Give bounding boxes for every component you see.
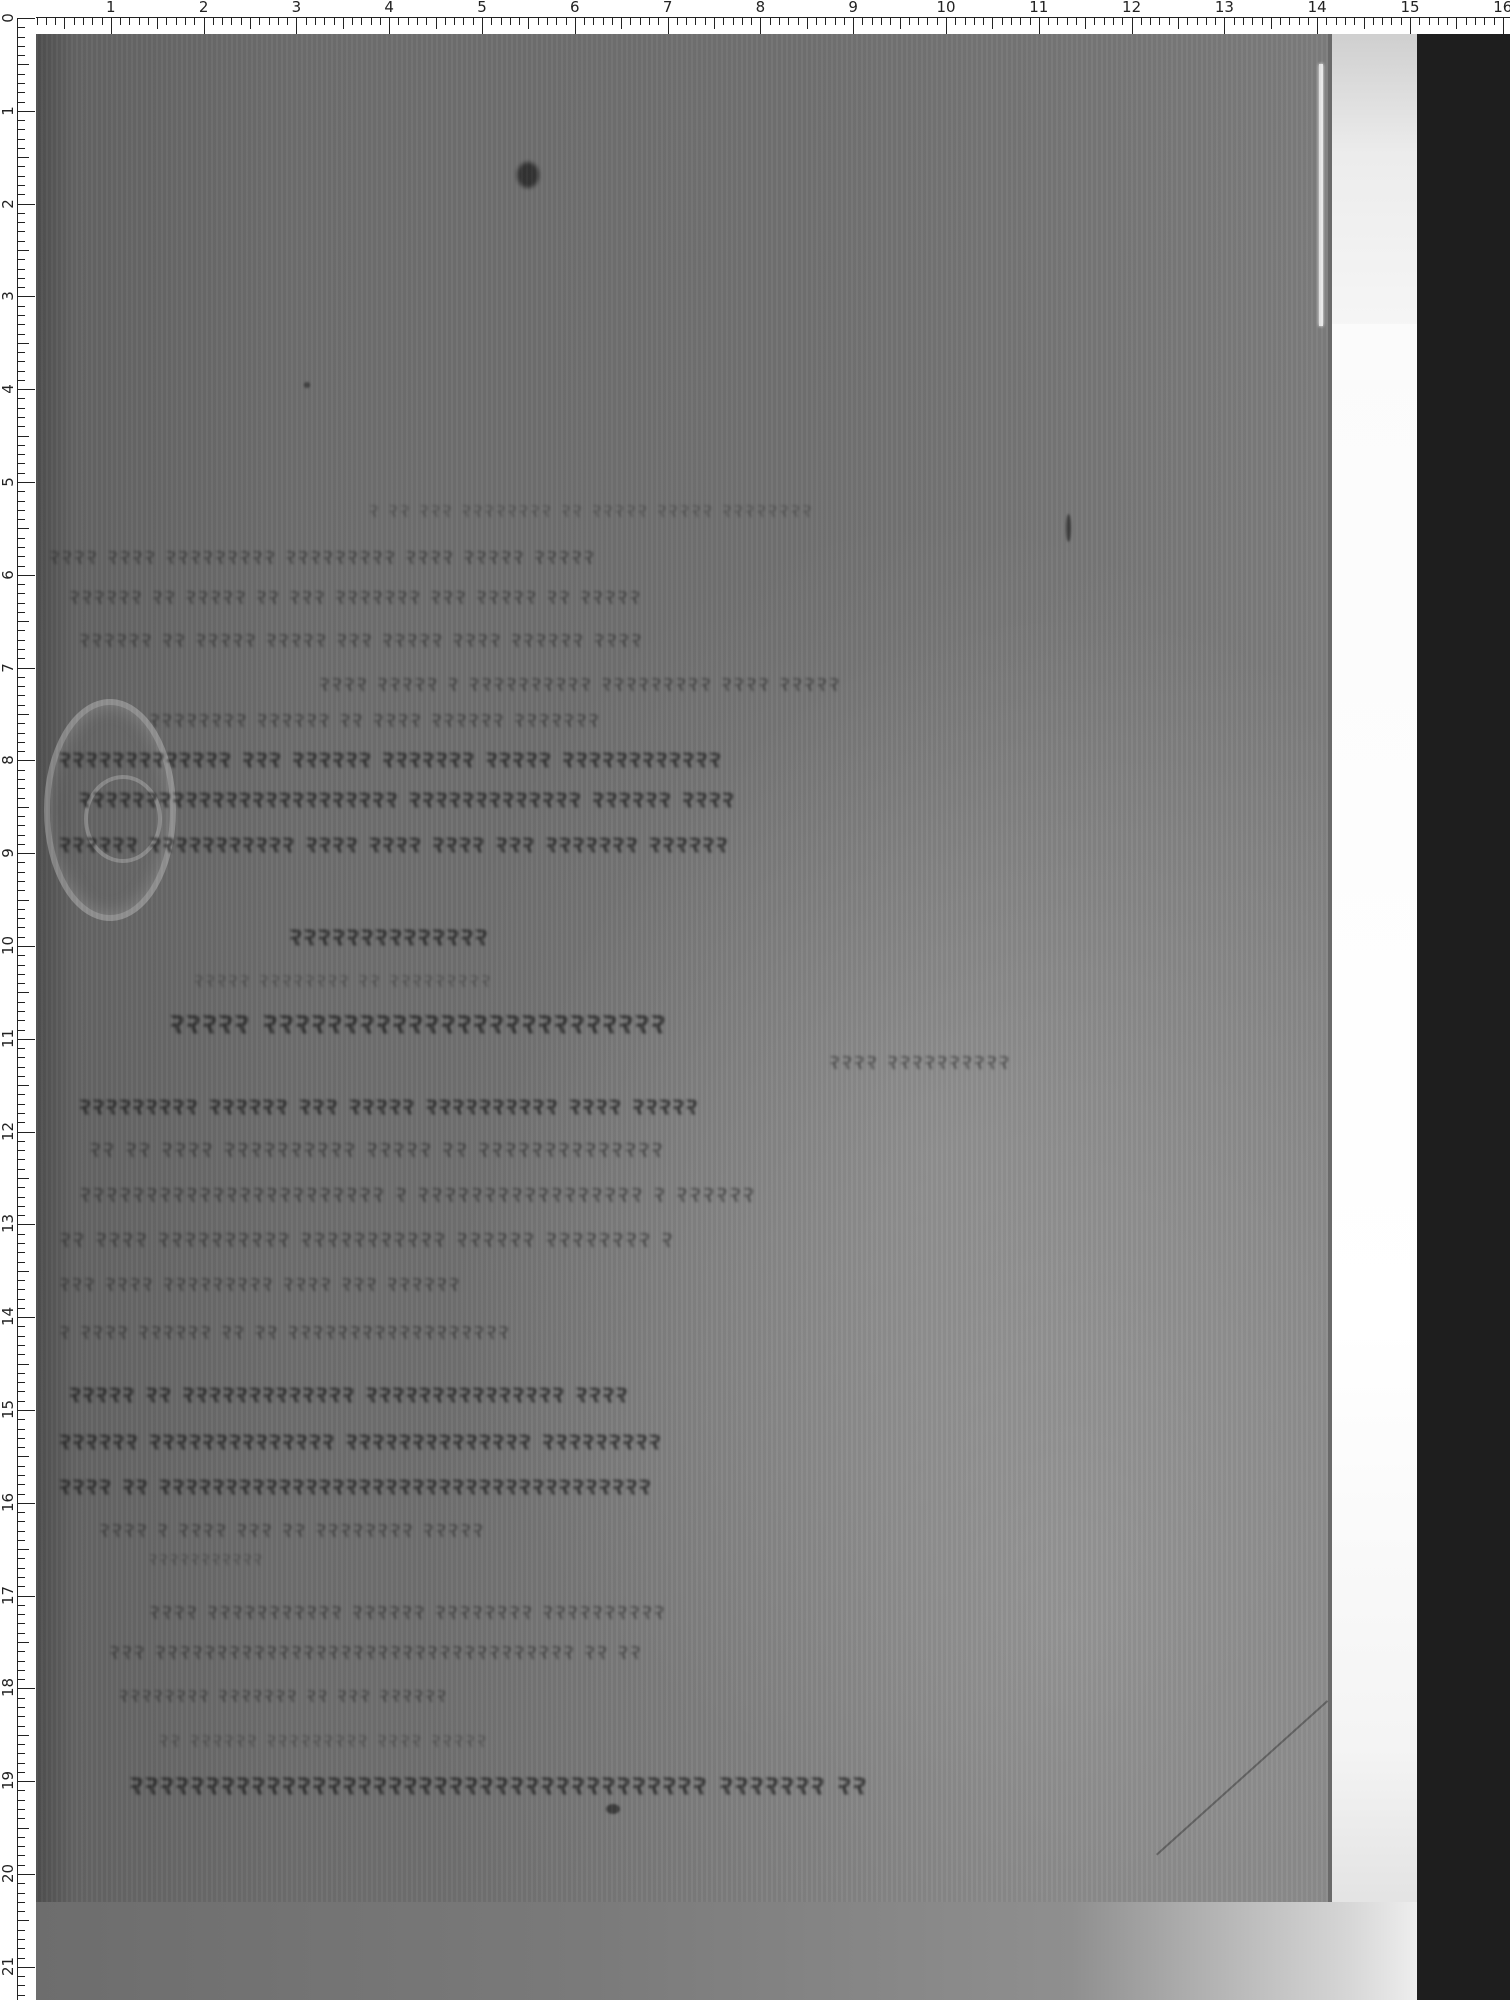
ruler-tick <box>18 1558 25 1559</box>
ruler-tick <box>231 18 232 25</box>
ruler-tick <box>18 1800 25 1801</box>
ruler-tick <box>18 1753 25 1754</box>
ruler-tick <box>18 1707 25 1708</box>
ruler-tick <box>18 1391 25 1392</box>
ruler-tick <box>18 1410 35 1411</box>
ruler-tick <box>18 1419 25 1420</box>
ruler-tick <box>955 18 956 25</box>
ruler-tick <box>18 46 25 47</box>
manuscript-line: ꝛꝛꝛꝛꝛ ꝛꝛ ꝛꝛꝛꝛꝛꝛꝛꝛꝛꝛꝛꝛꝛ ꝛꝛꝛꝛꝛꝛꝛꝛꝛꝛꝛꝛꝛꝛꝛ ꝛ… <box>66 1374 1156 1410</box>
ruler-tick <box>18 900 29 901</box>
ruler-tick <box>18 621 29 622</box>
ruler-tick <box>18 1865 25 1866</box>
ruler-tick <box>844 18 845 25</box>
ruler-label: 9 <box>848 0 858 15</box>
ruler-tick <box>1317 18 1318 34</box>
ruler-tick <box>18 1633 25 1634</box>
manuscript-line: ꝛꝛꝛ ꝛꝛꝛꝛꝛꝛꝛꝛꝛꝛꝛꝛꝛꝛꝛꝛꝛꝛꝛꝛꝛꝛꝛꝛꝛꝛꝛꝛꝛꝛꝛꝛꝛꝛ ꝛ… <box>106 1634 1206 1667</box>
ruler-tick <box>18 566 25 567</box>
ruler-label: 8 <box>0 751 16 769</box>
ruler-tick <box>1206 18 1207 25</box>
ruler-tick <box>18 1939 25 1940</box>
ruler-tick <box>380 18 381 25</box>
ruler-tick <box>1326 18 1327 25</box>
ruler-tick <box>566 18 567 25</box>
ruler-tick <box>18 231 25 232</box>
ruler-tick <box>1419 18 1420 25</box>
ruler-label: 13 <box>1215 0 1234 15</box>
ruler-tick <box>18 686 25 687</box>
ruler-tick <box>18 185 25 186</box>
ruler-tick <box>18 556 25 557</box>
ruler-tick <box>18 1122 25 1123</box>
lower-backing <box>36 1902 1417 2000</box>
ruler-tick <box>1048 18 1049 25</box>
ruler-tick <box>454 18 455 25</box>
manuscript-line: ꝛꝛꝛꝛꝛꝛꝛꝛ ꝛꝛꝛꝛꝛꝛꝛ ꝛꝛ ꝛꝛꝛ ꝛꝛꝛꝛꝛꝛ <box>116 1679 936 1709</box>
ruler-tick <box>491 18 492 25</box>
ruler-tick <box>18 760 35 761</box>
ruler-tick <box>18 742 25 743</box>
manuscript-line: ꝛꝛꝛꝛꝛꝛꝛꝛ ꝛꝛꝛꝛꝛꝛ ꝛꝛ ꝛꝛꝛꝛ ꝛꝛꝛꝛꝛꝛ ꝛꝛꝛꝛꝛꝛꝛ <box>146 702 986 735</box>
ruler-tick <box>194 18 195 25</box>
ruler-tick <box>250 18 251 29</box>
ruler-tick <box>18 1429 25 1430</box>
manuscript-line: ꝛ ꝛꝛꝛꝛ ꝛꝛꝛꝛꝛꝛ ꝛꝛ ꝛꝛ ꝛꝛꝛꝛꝛꝛꝛꝛꝛꝛꝛꝛꝛꝛꝛꝛꝛꝛ <box>56 1314 986 1347</box>
ruler-label: 2 <box>0 195 16 213</box>
ruler-tick <box>18 1688 35 1689</box>
ruler-tick <box>18 250 29 251</box>
ruler-tick <box>18 1475 25 1476</box>
ruler-label: 5 <box>0 473 16 491</box>
ruler-tick <box>436 18 437 29</box>
ruler-tick <box>18 1141 25 1142</box>
ruler-tick <box>18 380 25 381</box>
ruler-tick <box>18 1809 25 1810</box>
ruler-tick <box>18 881 25 882</box>
ruler-tick <box>389 18 390 34</box>
ruler-tick <box>18 213 25 214</box>
ruler-tick <box>18 1354 25 1355</box>
ruler-tick <box>18 779 25 780</box>
ruler-tick <box>18 1651 25 1652</box>
speck <box>1066 514 1071 542</box>
ruler-tick <box>18 1067 25 1068</box>
ruler-tick <box>18 927 25 928</box>
ruler-tick <box>18 324 25 325</box>
ruler-tick <box>1410 18 1411 34</box>
ruler-tick <box>18 166 25 167</box>
ruler-tick <box>111 18 112 34</box>
ruler-tick <box>18 102 25 103</box>
ruler-tick <box>18 454 25 455</box>
ruler-tick <box>18 139 25 140</box>
ruler-tick <box>269 18 270 25</box>
ruler-tick <box>677 18 678 25</box>
ruler-label: 12 <box>0 1123 16 1141</box>
ruler-tick <box>18 965 25 966</box>
ruler-tick <box>222 18 223 25</box>
ruler-tick <box>1484 18 1485 25</box>
ruler-tick <box>18 352 25 353</box>
ruler-tick <box>18 640 25 641</box>
ruler-tick <box>18 575 35 576</box>
ruler-tick <box>1503 18 1504 34</box>
ruler-tick <box>18 519 25 520</box>
ruler-tick <box>18 1531 25 1532</box>
ruler-tick <box>185 18 186 25</box>
ruler-tick <box>18 1039 35 1040</box>
ruler-tick <box>18 1893 25 1894</box>
ruler-tick <box>1113 18 1114 25</box>
ruler-tick <box>18 1763 25 1764</box>
ruler-tick <box>1104 18 1105 25</box>
ruler-tick <box>18 528 29 529</box>
ruler-tick <box>18 1726 25 1727</box>
ruler-tick <box>18 463 25 464</box>
ruler-label: 16 <box>0 1494 16 1512</box>
ruler-tick <box>18 751 25 752</box>
ruler-tick <box>445 18 446 25</box>
ruler-label: 10 <box>936 0 955 15</box>
manuscript-line: ꝛꝛ ꝛꝛꝛꝛꝛꝛ ꝛꝛꝛꝛꝛꝛꝛꝛꝛ ꝛꝛꝛꝛ ꝛꝛꝛꝛꝛ <box>156 1724 956 1754</box>
ruler-tick <box>695 18 696 25</box>
ruler-label: 15 <box>1400 0 1419 15</box>
ruler-tick <box>18 733 25 734</box>
ruler-label: 2 <box>199 0 209 15</box>
ruler-label: 7 <box>0 659 16 677</box>
ruler-tick <box>18 909 25 910</box>
parchment-leaf: ꝛ ꝛꝛ ꝛꝛꝛ ꝛꝛꝛꝛꝛꝛꝛꝛ ꝛꝛ ꝛꝛꝛꝛꝛ ꝛꝛꝛꝛꝛ ꝛꝛꝛꝛꝛꝛꝛ… <box>36 34 1328 1902</box>
ruler-tick <box>296 18 297 34</box>
ruler-label: 4 <box>0 380 16 398</box>
ruler-tick <box>1020 18 1021 25</box>
manuscript-line: ꝛ ꝛꝛ ꝛꝛꝛ ꝛꝛꝛꝛꝛꝛꝛꝛ ꝛꝛ ꝛꝛꝛꝛꝛ ꝛꝛꝛꝛꝛ ꝛꝛꝛꝛꝛꝛꝛ… <box>366 494 986 524</box>
ruler-tick <box>528 18 529 29</box>
ruler-tick <box>18 269 25 270</box>
ruler-label: 0 <box>0 9 16 27</box>
ruler-tick <box>18 148 25 149</box>
ruler-tick <box>760 18 761 34</box>
ruler-label: 16 <box>1493 0 1510 15</box>
ruler-tick <box>18 1197 25 1198</box>
ruler-tick <box>18 445 25 446</box>
ruler-tick <box>18 1828 29 1829</box>
ruler-tick <box>18 510 25 511</box>
ruler-tick <box>55 18 56 25</box>
ruler-label: 14 <box>0 1308 16 1326</box>
manuscript-line: ꝛꝛꝛꝛꝛꝛ ꝛꝛ ꝛꝛꝛꝛꝛ ꝛꝛ ꝛꝛꝛ ꝛꝛꝛꝛꝛꝛꝛ ꝛꝛꝛ ꝛꝛꝛꝛꝛ… <box>66 579 986 612</box>
ruler-tick <box>18 1243 25 1244</box>
ruler-tick <box>18 1215 25 1216</box>
ruler-tick <box>18 1883 25 1884</box>
speck <box>606 1804 620 1814</box>
ruler-tick <box>18 770 25 771</box>
ruler-tick <box>18 1484 25 1485</box>
stamp-inner-ring <box>84 775 162 863</box>
ruler-tick <box>937 18 938 25</box>
ruler-tick <box>1094 18 1095 25</box>
ruler-tick <box>779 18 780 25</box>
ruler-tick <box>18 1577 25 1578</box>
manuscript-line: ꝛꝛ ꝛꝛꝛꝛ ꝛꝛꝛꝛꝛꝛꝛꝛꝛꝛ ꝛꝛꝛꝛꝛꝛꝛꝛꝛꝛꝛ ꝛꝛꝛꝛꝛꝛ ꝛꝛ… <box>56 1219 1206 1255</box>
ruler-tick <box>770 18 771 25</box>
ruler-tick <box>18 798 25 799</box>
ruler-tick <box>18 1456 29 1457</box>
ruler-tick <box>18 398 25 399</box>
ruler-tick <box>278 18 279 25</box>
ruler-tick <box>18 1150 25 1151</box>
ruler-tick <box>18 1345 25 1346</box>
ruler-tick <box>18 1846 25 1847</box>
ruler-label: 11 <box>0 1030 16 1048</box>
ruler-tick <box>18 955 25 956</box>
left-ruler: 0123456789101112131415161718192021 <box>0 0 36 2000</box>
ruler-tick <box>37 18 38 25</box>
dark-background <box>1417 34 1510 2000</box>
ruler-tick <box>18 1002 25 1003</box>
ruler-tick <box>965 18 966 25</box>
ruler-tick <box>1234 18 1235 25</box>
ruler-tick <box>18 1521 25 1522</box>
ruler-tick <box>204 18 205 34</box>
ruler-tick <box>18 1011 25 1012</box>
ruler-tick <box>18 1744 25 1745</box>
ruler-tick <box>18 1447 25 1448</box>
ruler-tick <box>807 18 808 29</box>
ruler-tick <box>18 1911 25 1912</box>
speck <box>304 382 310 388</box>
ruler-tick <box>18 1252 25 1253</box>
ruler-tick <box>510 18 511 25</box>
ruler-tick <box>18 1698 25 1699</box>
ruler-tick <box>482 18 483 34</box>
ruler-tick <box>1197 18 1198 25</box>
ruler-tick <box>18 120 25 121</box>
ruler-tick <box>18 695 25 696</box>
ruler-tick <box>18 788 25 789</box>
ruler-tick <box>18 1206 25 1207</box>
ruler-tick <box>18 1132 35 1133</box>
ruler-tick <box>18 1772 25 1773</box>
ruler-tick <box>1122 18 1123 25</box>
ruler-tick <box>398 18 399 25</box>
manuscript-line: ꝛꝛꝛꝛꝛꝛ ꝛꝛꝛꝛꝛꝛꝛꝛꝛꝛꝛ ꝛꝛꝛꝛ ꝛꝛꝛꝛ ꝛꝛꝛꝛ ꝛꝛꝛ ꝛꝛ… <box>56 824 1216 860</box>
ruler-tick <box>1150 18 1151 25</box>
ruler-tick <box>18 1494 25 1495</box>
ruler-tick <box>213 18 214 25</box>
ruler-tick <box>18 27 25 28</box>
ruler-label: 21 <box>0 1958 16 1976</box>
ruler-tick <box>1401 18 1402 25</box>
ruler-tick <box>18 426 25 427</box>
ruler-tick <box>324 18 325 25</box>
ruler-tick <box>788 18 789 25</box>
ruler-tick <box>18 937 25 938</box>
ruler-tick <box>18 1317 35 1318</box>
ruler-tick <box>18 92 25 93</box>
ruler-tick <box>18 844 25 845</box>
ruler-tick <box>334 18 335 25</box>
manuscript-line: ꝛꝛꝛꝛꝛ ꝛꝛꝛꝛꝛꝛꝛꝛꝛꝛꝛꝛꝛꝛꝛꝛꝛꝛꝛꝛꝛꝛꝛꝛꝛ <box>166 1000 1166 1043</box>
manuscript-line: ꝛꝛꝛꝛꝛꝛ ꝛꝛꝛꝛꝛꝛꝛꝛꝛꝛꝛꝛꝛꝛ ꝛꝛꝛꝛꝛꝛꝛꝛꝛꝛꝛꝛꝛꝛ ꝛꝛꝛ… <box>56 1421 1096 1457</box>
ruler-tick <box>18 1586 25 1587</box>
ruler-tick <box>343 18 344 29</box>
manuscript-line: ꝛꝛꝛꝛꝛꝛꝛꝛꝛꝛꝛꝛꝛꝛ <box>286 916 626 954</box>
ruler-tick <box>816 18 817 25</box>
ruler-tick <box>18 974 25 975</box>
ruler-tick <box>1030 18 1031 25</box>
manuscript-line: ꝛꝛꝛꝛꝛ ꝛꝛꝛꝛꝛꝛꝛꝛ ꝛꝛ ꝛꝛꝛꝛꝛꝛꝛꝛꝛ <box>191 964 811 994</box>
ruler-tick <box>18 593 25 594</box>
ruler-tick <box>18 204 35 205</box>
ruler-tick <box>18 1948 25 1949</box>
ruler-tick <box>983 18 984 25</box>
ruler-tick <box>18 705 25 706</box>
ruler-tick <box>918 18 919 25</box>
ruler-tick <box>575 18 576 34</box>
ruler-tick <box>18 1818 25 1819</box>
manuscript-line: ꝛꝛꝛꝛꝛꝛꝛꝛꝛꝛꝛ <box>146 1544 446 1571</box>
ink-spot <box>517 162 539 188</box>
ruler-tick <box>18 1466 25 1467</box>
ruler-tick <box>18 241 25 242</box>
ruler-tick <box>538 18 539 25</box>
ruler-tick <box>18 361 25 362</box>
ruler-tick <box>102 18 103 25</box>
ruler-tick <box>408 18 409 25</box>
ruler-tick <box>259 18 260 25</box>
ruler-tick <box>1169 18 1170 25</box>
ruler-tick <box>352 18 353 25</box>
ruler-label: 8 <box>756 0 766 15</box>
ruler-tick <box>18 1336 25 1337</box>
ruler-tick <box>18 1976 25 1977</box>
ruler-tick <box>1373 18 1374 25</box>
ruler-tick <box>723 18 724 25</box>
upper-light-strip <box>1332 34 1417 334</box>
ruler-tick <box>18 417 25 418</box>
ruler-tick <box>18 83 25 84</box>
ruler-tick <box>315 18 316 25</box>
ruler-tick <box>18 825 25 826</box>
ruler-label: 1 <box>0 102 16 120</box>
manuscript-line: ꝛꝛꝛꝛ ꝛ ꝛꝛꝛꝛ ꝛꝛꝛ ꝛꝛ ꝛꝛꝛꝛꝛꝛꝛꝛ ꝛꝛꝛꝛꝛ <box>96 1512 1016 1545</box>
ruler-tick <box>584 18 585 25</box>
ruler-tick <box>46 18 47 25</box>
manuscript-line: ꝛꝛꝛꝛ ꝛꝛ ꝛꝛꝛꝛꝛꝛꝛꝛꝛꝛꝛꝛꝛꝛꝛꝛꝛꝛꝛꝛꝛꝛꝛꝛꝛꝛꝛꝛꝛꝛꝛꝛ… <box>56 1466 1116 1502</box>
ruler-tick <box>1466 18 1467 25</box>
manuscript-line: ꝛꝛꝛꝛꝛꝛꝛꝛꝛꝛꝛꝛꝛꝛꝛꝛꝛꝛꝛꝛꝛꝛꝛꝛꝛꝛꝛꝛꝛꝛꝛꝛꝛꝛꝛꝛꝛꝛ ꝛ… <box>126 1762 1286 1803</box>
ruler-tick <box>18 1326 25 1327</box>
ruler-tick <box>18 1159 25 1160</box>
manuscript-line: ꝛꝛꝛꝛꝛꝛꝛꝛꝛ ꝛꝛꝛꝛꝛꝛ ꝛꝛꝛ ꝛꝛꝛꝛꝛ ꝛꝛꝛꝛꝛꝛꝛꝛꝛꝛ ꝛꝛ… <box>76 1086 1196 1122</box>
ruler-label: 1 <box>106 0 116 15</box>
ruler-tick <box>18 287 25 288</box>
ruler-tick <box>473 18 474 25</box>
ruler-tick <box>18 278 25 279</box>
ruler-tick <box>1289 18 1290 25</box>
ruler-tick <box>18 436 29 437</box>
ruler-tick <box>463 18 464 25</box>
ruler-tick <box>1280 18 1281 25</box>
ruler-tick <box>18 1902 25 1903</box>
ruler-tick <box>18 1549 29 1550</box>
ruler-tick <box>18 1299 25 1300</box>
ruler-tick <box>18 306 25 307</box>
ruler-tick <box>798 18 799 25</box>
ruler-label: 20 <box>0 1865 16 1883</box>
ruler-tick <box>18 1540 25 1541</box>
ruler-tick <box>1354 18 1355 25</box>
ruler-tick <box>18 389 35 390</box>
ruler-tick <box>287 18 288 25</box>
ruler-tick <box>18 1985 25 1986</box>
ruler-tick <box>18 1076 25 1077</box>
ruler-label: 14 <box>1308 0 1327 15</box>
ruler-tick <box>556 18 557 25</box>
ruler-tick <box>18 1512 25 1513</box>
ruler-label: 9 <box>0 844 16 862</box>
bright-backing-strip <box>1332 324 1417 2000</box>
manuscript-line: ꝛꝛꝛꝛꝛꝛ ꝛꝛ ꝛꝛꝛꝛꝛ ꝛꝛꝛꝛꝛ ꝛꝛꝛ ꝛꝛꝛꝛꝛ ꝛꝛꝛꝛ ꝛꝛꝛ… <box>76 622 1066 655</box>
ruler-tick <box>18 1930 25 1931</box>
ruler-tick <box>1057 18 1058 25</box>
ruler-tick <box>18 1920 29 1921</box>
ruler-tick <box>751 18 752 25</box>
ruler-tick <box>1447 18 1448 25</box>
ruler-tick <box>306 18 307 25</box>
ruler-tick <box>18 612 25 613</box>
ruler-tick <box>18 1020 25 1021</box>
ruler-tick <box>909 18 910 25</box>
ruler-tick <box>18 37 25 38</box>
manuscript-line: ꝛꝛꝛꝛꝛꝛꝛꝛꝛꝛꝛꝛꝛꝛꝛꝛꝛꝛꝛꝛꝛꝛꝛꝛ ꝛꝛꝛꝛꝛꝛꝛꝛꝛꝛꝛꝛꝛ ꝛ… <box>76 779 1176 815</box>
ruler-tick <box>1494 18 1495 25</box>
ruler-label: 6 <box>0 566 16 584</box>
ruler-tick <box>640 18 641 25</box>
ruler-tick <box>166 18 167 25</box>
ruler-tick <box>649 18 650 25</box>
ruler-tick <box>1345 18 1346 25</box>
ruler-tick <box>621 18 622 29</box>
ruler-tick <box>18 1438 25 1439</box>
ruler-tick <box>18 1874 35 1875</box>
ruler-tick <box>18 1113 25 1114</box>
ruler-tick <box>18 1642 29 1643</box>
ruler-tick <box>714 18 715 29</box>
ruler-tick <box>18 408 25 409</box>
ruler-tick <box>18 918 25 919</box>
ruler-tick <box>18 1670 25 1671</box>
ruler-tick <box>18 296 35 297</box>
top-ruler: 012345678910111213141516 <box>0 0 1510 34</box>
ruler-tick <box>18 807 29 808</box>
ruler-tick <box>18 816 25 817</box>
ruler-tick <box>686 18 687 25</box>
ruler-label: 6 <box>570 0 580 15</box>
ruler-tick <box>18 1048 25 1049</box>
ruler-tick <box>18 714 29 715</box>
ruler-tick <box>18 1661 25 1662</box>
ruler-tick <box>18 55 25 56</box>
ruler-tick <box>1429 18 1430 25</box>
ruler-tick <box>18 547 25 548</box>
ruler-tick <box>974 18 975 25</box>
ruler-tick <box>18 18 35 19</box>
ruler-tick <box>835 18 836 25</box>
ruler-tick <box>1271 18 1272 29</box>
